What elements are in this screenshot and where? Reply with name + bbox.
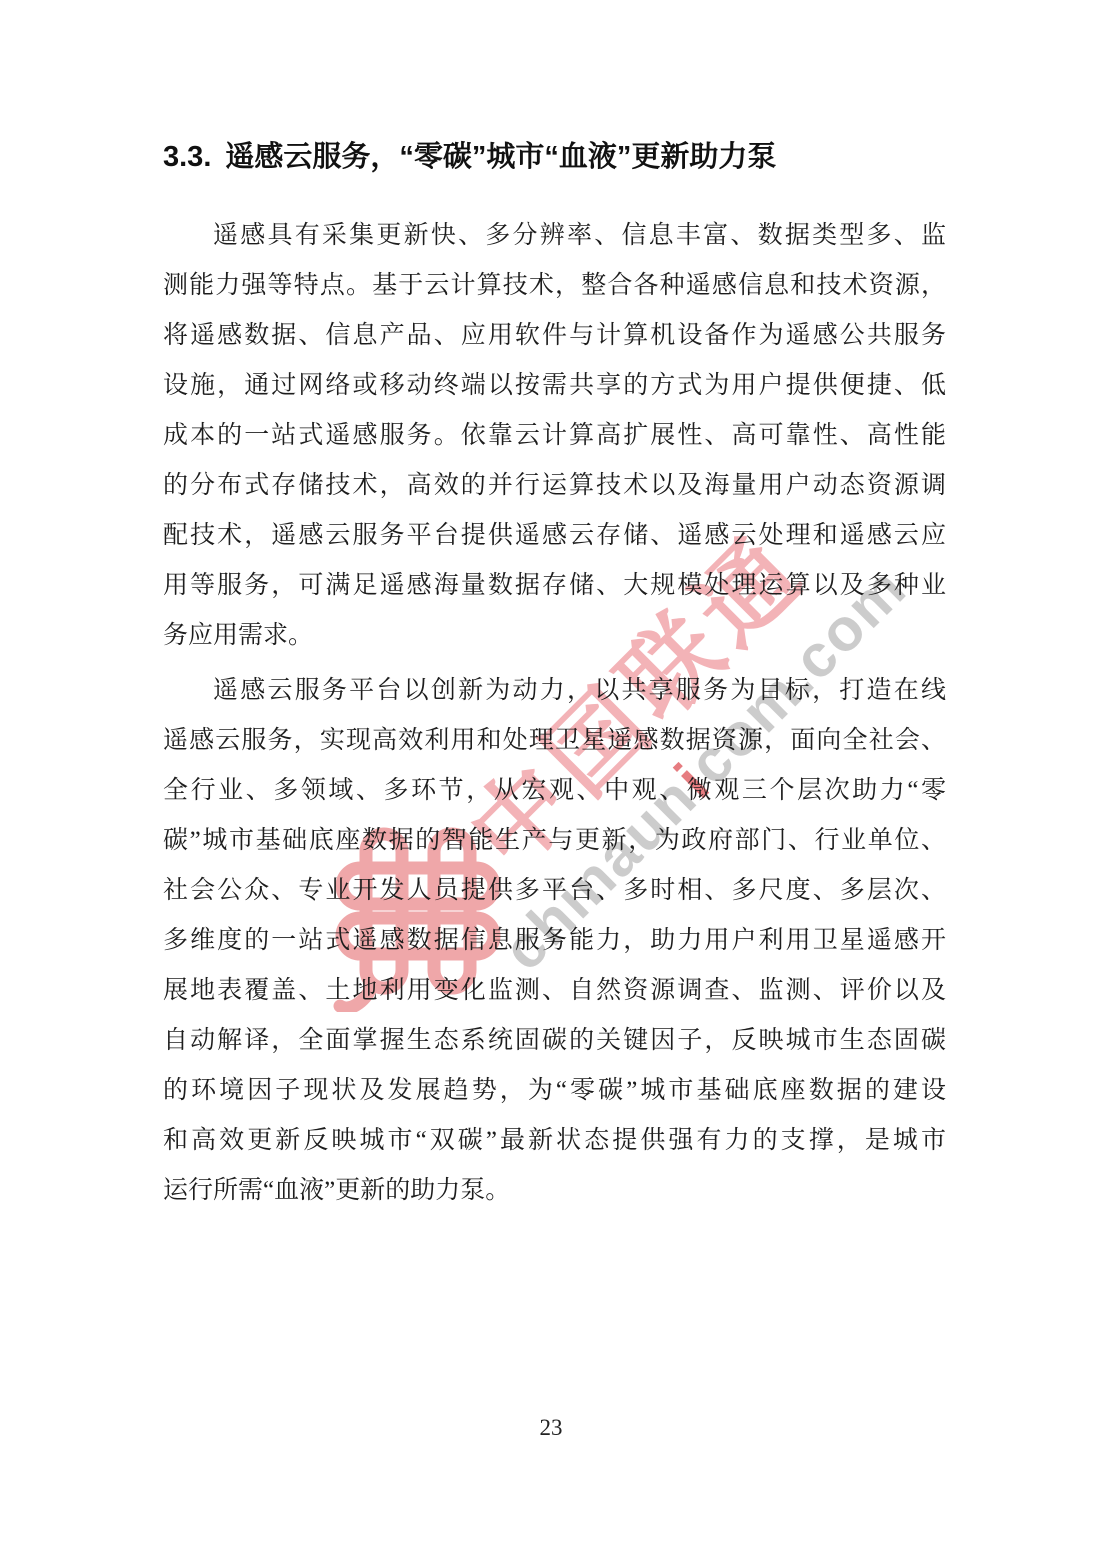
body-line: 遥感具有采集更新快、多分辨率、信息丰富、数据类型多、监 (163, 211, 946, 261)
body-line: 用等服务，可满足遥感海量数据存储、大规模处理运算以及多种业 (163, 561, 946, 611)
body-line: 运行所需“血液”更新的助力泵。 (163, 1166, 946, 1216)
body-line: 测能力强等特点。基于云计算技术，整合各种遥感信息和技术资源， (163, 261, 946, 311)
body-line: 社会公众、专业开发人员提供多平台、多时相、多尺度、多层次、 (163, 866, 946, 916)
section-number: 3.3. (163, 141, 211, 173)
body-line: 遥感云服务，实现高效利用和处理卫星遥感数据资源，面向全社会、 (163, 716, 946, 766)
section-heading: 3.3.遥感云服务，“零碳”城市“血液”更新助力泵 (163, 137, 946, 177)
body-line: 的分布式存储技术，高效的并行运算技术以及海量用户动态资源调 (163, 461, 946, 511)
paragraph-2: 遥感云服务平台以创新为动力，以共享服务为目标，打造在线 遥感云服务，实现高效利用… (163, 666, 946, 1216)
body-line: 遥感云服务平台以创新为动力，以共享服务为目标，打造在线 (163, 666, 946, 716)
body-line: 展地表覆盖、土地利用变化监测、自然资源调查、监测、评价以及 (163, 966, 946, 1016)
section-title: 遥感云服务，“零碳”城市“血液”更新助力泵 (225, 141, 776, 173)
body-line: 务应用需求。 (163, 611, 946, 661)
page-number: 23 (0, 1415, 1102, 1441)
body-line: 配技术，遥感云服务平台提供遥感云存储、遥感云处理和遥感云应 (163, 511, 946, 561)
page-content: 3.3.遥感云服务，“零碳”城市“血液”更新助力泵 遥感具有采集更新快、多分辨率… (163, 137, 946, 1216)
body-line: 多维度的一站式遥感数据信息服务能力，助力用户利用卫星遥感开 (163, 916, 946, 966)
paragraph-1: 遥感具有采集更新快、多分辨率、信息丰富、数据类型多、监 测能力强等特点。基于云计… (163, 211, 946, 661)
body-line: 和高效更新反映城市“双碳”最新状态提供强有力的支撑，是城市 (163, 1116, 946, 1166)
body-line: 将遥感数据、信息产品、应用软件与计算机设备作为遥感公共服务 (163, 311, 946, 361)
body-line: 全行业、多领域、多环节，从宏观、中观、微观三个层次助力“零 (163, 766, 946, 816)
body-line: 自动解译，全面掌握生态系统固碳的关键因子，反映城市生态固碳 (163, 1016, 946, 1066)
body-line: 碳”城市基础底座数据的智能生产与更新，为政府部门、行业单位、 (163, 816, 946, 866)
body-line: 设施，通过网络或移动终端以按需共享的方式为用户提供便捷、低 (163, 361, 946, 411)
document-page: 中国联通 chinaunicom.com 3.3.遥感云服务，“零碳”城市“血液… (0, 0, 1102, 1559)
body-line: 成本的一站式遥感服务。依靠云计算高扩展性、高可靠性、高性能 (163, 411, 946, 461)
body-line: 的环境因子现状及发展趋势，为“零碳”城市基础底座数据的建设 (163, 1066, 946, 1116)
